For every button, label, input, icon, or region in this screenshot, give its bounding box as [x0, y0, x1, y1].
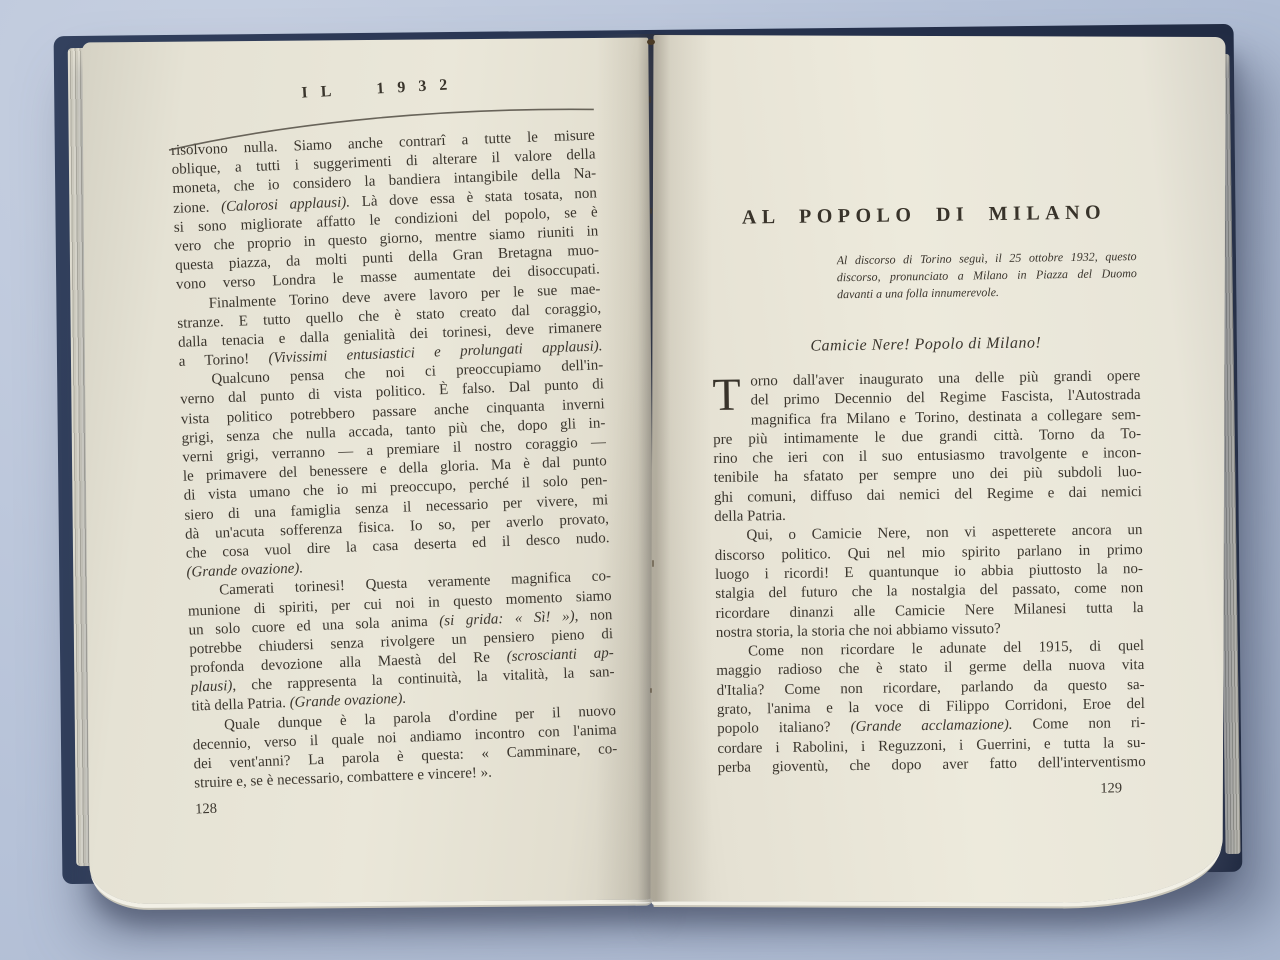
right-page-content: AL POPOLO DI MILANO Al discorso di Torin… [710, 197, 1146, 803]
right-page-text: T orno dall'aver inaugurato una delle pi… [712, 367, 1146, 778]
spine-speck [647, 39, 655, 45]
text-line: davanti a una folla innumerevole. [837, 282, 1137, 303]
spine-stitch [649, 96, 651, 103]
left-page-content: IL 1932 risolvono nulla. Siamo anche con… [169, 72, 620, 818]
spine-stitch [652, 560, 654, 567]
spine-stitch [650, 688, 652, 693]
chapter-subtitle: Camicie Nere! Popolo di Milano! [712, 333, 1140, 359]
left-page-text: risolvono nulla. Siamo anche contrarî a … [171, 126, 619, 793]
drop-cap: T [712, 375, 743, 415]
spine-stitch [650, 208, 652, 214]
chapter-title: AL POPOLO DI MILANO [710, 201, 1138, 230]
book-photo: IL 1932 risolvono nulla. Siamo anche con… [0, 0, 1280, 960]
chapter-intro: Al discorso di Torino seguì, il 25 ottob… [837, 248, 1138, 303]
